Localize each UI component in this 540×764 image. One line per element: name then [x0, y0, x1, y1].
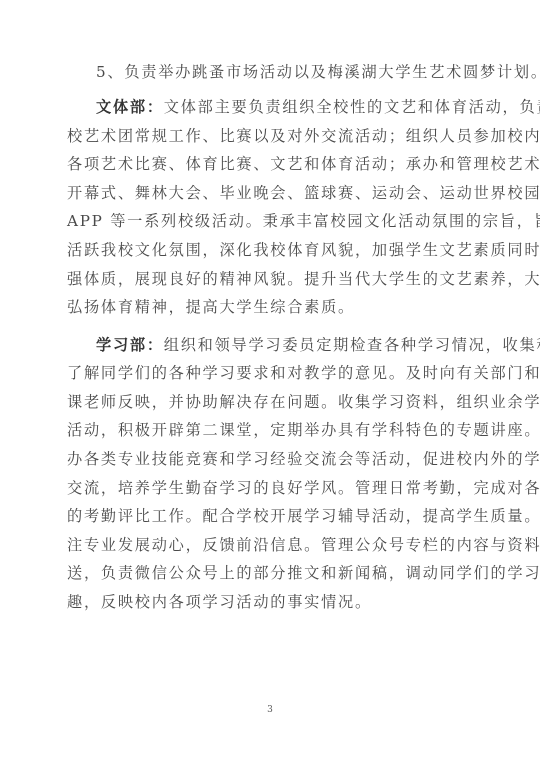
wenti-text: 文体部主要负责组织全校性的文艺和体育活动，负责: [164, 98, 540, 116]
document-page: 5、负责举办跳蚤市场活动以及梅溪湖大学生艺术圆梦计划。 文体部：文体部主要负责组…: [0, 0, 540, 764]
xuexi-heading: 学习部：: [96, 336, 164, 354]
wenti-line: 活跃我校文化氛围，深化我校体育风貌，加强学生文艺素质同时增: [67, 240, 487, 260]
xuexi-line: 课老师反映，并协助解决存在问题。收集学习资料，组织业余学习: [67, 392, 487, 412]
xuexi-line: 趣，反映校内各项学习活动的事实情况。: [67, 592, 487, 612]
wenti-line: 强体质，展现良好的精神风貌。提升当代大学生的文艺素养，大力: [67, 269, 487, 289]
xuexi-line: 注专业发展动心，反馈前沿信息。管理公众号专栏的内容与资料推: [67, 535, 487, 555]
xuexi-line: 的考勤评比工作。配合学校开展学习辅导活动，提高学生质量。关: [67, 506, 487, 526]
wenti-line: 开幕式、舞林大会、毕业晚会、篮球赛、运动会、运动世界校园: [67, 183, 487, 203]
xuexi-line: 办各类专业技能竞赛和学习经验交流会等活动，促进校内外的学术: [67, 449, 487, 469]
xuexi-line: 送，负责微信公众号上的部分推文和新闻稿，调动同学们的学习兴: [67, 563, 487, 583]
xuexi-line: 活动，积极开辟第二课堂，定期举办具有学科特色的专题讲座。举: [67, 420, 487, 440]
xuexi-text: 组织和领导学习委员定期检查各种学习情况，收集和: [164, 336, 540, 354]
item-5-paragraph: 5、负责举办跳蚤市场活动以及梅溪湖大学生艺术圆梦计划。: [96, 62, 516, 82]
wenti-line: 校艺术团常规工作、比赛以及对外交流活动；组织人员参加校内外: [67, 126, 487, 146]
wenti-line: 弘扬体育精神，提高大学生综合素质。: [67, 297, 487, 317]
xuexi-line: 交流，培养学生勤奋学习的良好学风。管理日常考勤，完成对各院: [67, 478, 487, 498]
xuexi-line: 了解同学们的各种学习要求和对教学的意见。及时向有关部门和任: [67, 363, 487, 383]
wenti-heading: 文体部：: [96, 98, 164, 116]
wenti-line: APP 等一系列校级活动。秉承丰富校园文化活动氛围的宗旨，旨在: [67, 211, 487, 231]
wenti-paragraph-line-1: 文体部：文体部主要负责组织全校性的文艺和体育活动，负责: [96, 97, 516, 117]
wenti-line: 各项艺术比赛、体育比赛、文艺和体育活动；承办和管理校艺术节: [67, 154, 487, 174]
page-number: 3: [0, 705, 540, 715]
xuexi-paragraph-line-1: 学习部：组织和领导学习委员定期检查各种学习情况，收集和: [96, 335, 516, 355]
